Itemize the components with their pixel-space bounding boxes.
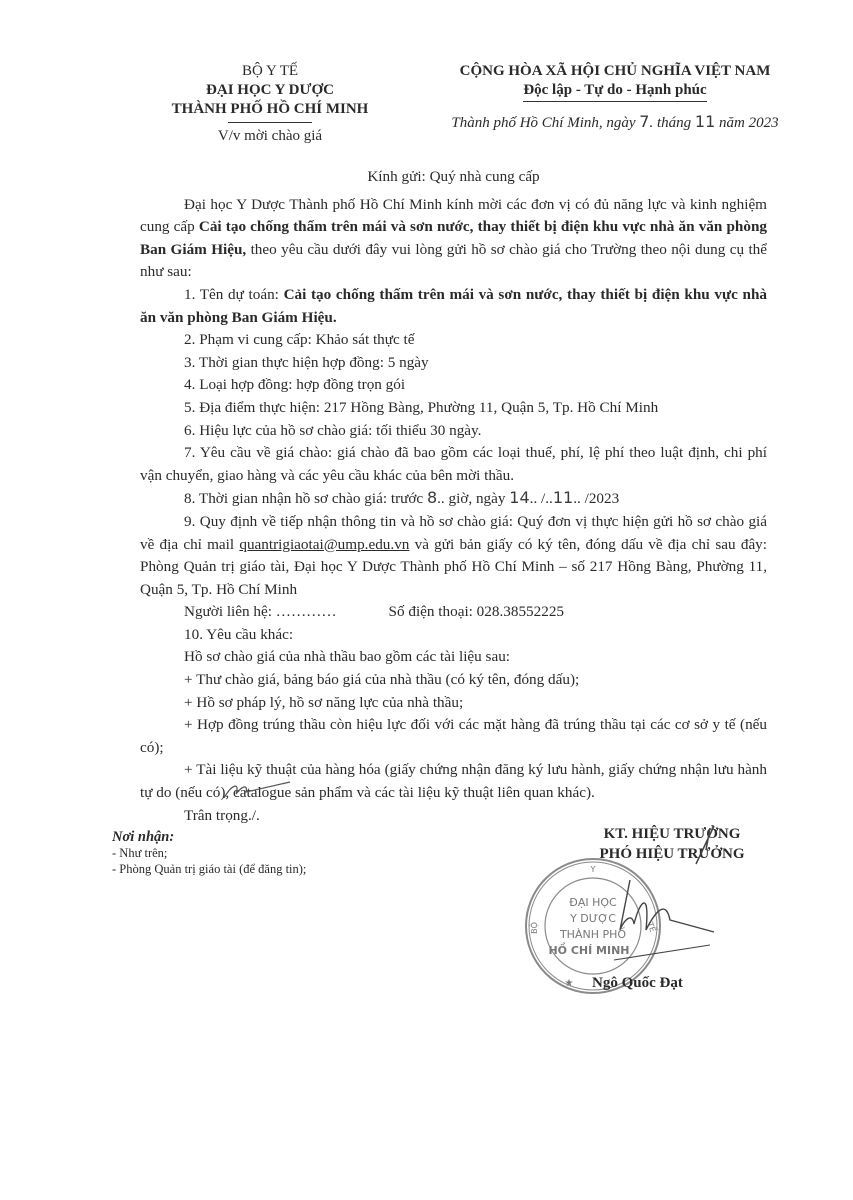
item-3: 3. Thời gian thực hiện hợp đồng: 5 ngày [140, 352, 767, 375]
letter-body: Kính gửi: Quý nhà cung cấp Đại học Y Dượ… [140, 166, 767, 827]
ministry-name: BỘ Y TẾ [140, 62, 400, 81]
contact-phone: Số điện thoại: 028.38552225 [389, 603, 565, 620]
item-1: 1. Tên dự toán: Cải tạo chống thấm trên … [140, 284, 767, 329]
item-1-label: 1. Tên dự toán: [184, 286, 284, 303]
date-month-label: . tháng [649, 115, 694, 131]
country-name: CỘNG HÒA XÃ HỘI CHỦ NGHĨA VIỆT NAM [420, 62, 810, 81]
doc-requirement-2: + Hồ sơ pháp lý, hồ sơ năng lực của nhà … [140, 692, 767, 715]
signer-name: Ngô Quốc Đạt [592, 975, 683, 992]
recipient-item: - Như trên; [112, 845, 306, 861]
handwritten-deadline-day: 14 [509, 488, 529, 507]
recipients-block: Nơi nhận: - Như trên; - Phòng Quản trị g… [112, 829, 306, 877]
initials-mark [222, 780, 292, 802]
handwritten-hour: 8 [427, 488, 437, 507]
item-2: 2. Phạm vi cung cấp: Khảo sát thực tế [140, 329, 767, 352]
doc-requirement-1: + Thư chào giá, bảng báo giá của nhà thầ… [140, 669, 767, 692]
recipient-item: - Phòng Quản trị giáo tài (để đăng tin); [112, 861, 306, 877]
item-10-intro: Hồ sơ chào giá của nhà thầu bao gồm các … [140, 646, 767, 669]
recipients-title: Nơi nhận: [112, 829, 306, 845]
item-8-mid: .. giờ, ngày [437, 490, 509, 507]
item-7: 7. Yêu cầu về giá chào: giá chào đã bao … [140, 442, 767, 487]
intro-paragraph: Đại học Y Dược Thành phố Hồ Chí Minh kín… [140, 194, 767, 284]
university-name-line1: ĐẠI HỌC Y DƯỢC [140, 81, 400, 100]
svg-text:BỘ: BỘ [528, 922, 539, 934]
item-9: 9. Quy định về tiếp nhận thông tin và hồ… [140, 511, 767, 601]
handwritten-signature [610, 820, 720, 970]
item-10: 10. Yêu cầu khác: [140, 624, 767, 647]
item-4: 4. Loại hợp đồng: hợp đồng trọn gói [140, 374, 767, 397]
item-8-sep: .. /.. [530, 490, 553, 507]
item-6: 6. Hiệu lực của hồ sơ chào giá: tối thiể… [140, 420, 767, 443]
doc-requirement-3: + Hợp đồng trúng thầu còn hiệu lực đối v… [140, 714, 767, 759]
subject-line: V/v mời chào giá [140, 127, 400, 146]
university-name-line2: THÀNH PHỐ HỒ CHÍ MINH [140, 100, 400, 119]
contact-line: Người liên hệ: …………Số điện thoại: 028.38… [140, 601, 767, 624]
svg-text:★: ★ [565, 978, 574, 989]
national-motto: Độc lập - Tự do - Hạnh phúc [523, 81, 706, 102]
handwritten-month: 11 [695, 112, 715, 131]
date-prefix: Thành phố Hồ Chí Minh, ngày [451, 115, 639, 131]
salutation: Kính gửi: Quý nhà cung cấp [140, 166, 767, 189]
item-8-label: 8. Thời gian nhận hồ sơ chào giá: trước [184, 490, 427, 507]
header-divider [228, 122, 312, 123]
item-8: 8. Thời gian nhận hồ sơ chào giá: trước … [140, 487, 767, 511]
svg-text:Y: Y [590, 865, 596, 874]
date-year-label: năm 2023 [715, 115, 778, 131]
handwritten-day: 7 [639, 112, 649, 131]
issuer-block: BỘ Y TẾ ĐẠI HỌC Y DƯỢC THÀNH PHỐ HỒ CHÍ … [140, 62, 400, 146]
contact-person: Người liên hệ: ………… [184, 603, 337, 620]
handwritten-deadline-month: 11 [553, 488, 573, 507]
national-header: CỘNG HÒA XÃ HỘI CHỦ NGHĨA VIỆT NAM Độc l… [420, 62, 810, 133]
item-5: 5. Địa điểm thực hiện: 217 Hồng Bàng, Ph… [140, 397, 767, 420]
document-date: Thành phố Hồ Chí Minh, ngày 7. tháng 11 … [420, 112, 810, 133]
item-8-year: .. /2023 [573, 490, 619, 507]
email-link[interactable]: quantrigiaotai@ump.edu.vn [239, 536, 409, 553]
